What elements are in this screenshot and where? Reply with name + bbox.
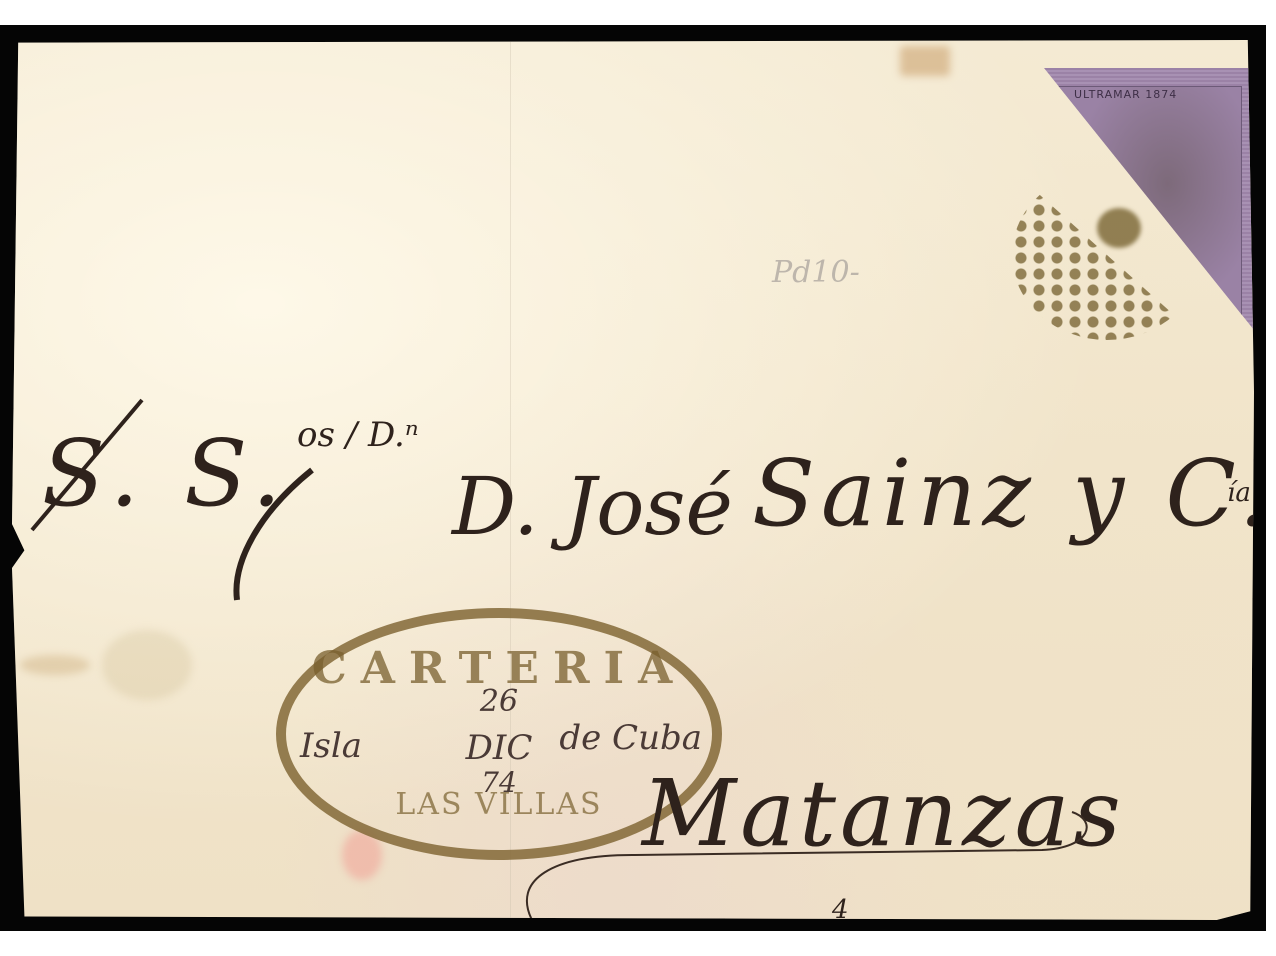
underline-flourish: [12, 40, 1254, 920]
photo-frame: ULTRAMAR 1874 Pd10- S. S. os / D.ⁿ D. Jo…: [0, 25, 1266, 931]
envelope-cover: ULTRAMAR 1874 Pd10- S. S. os / D.ⁿ D. Jo…: [12, 40, 1254, 920]
